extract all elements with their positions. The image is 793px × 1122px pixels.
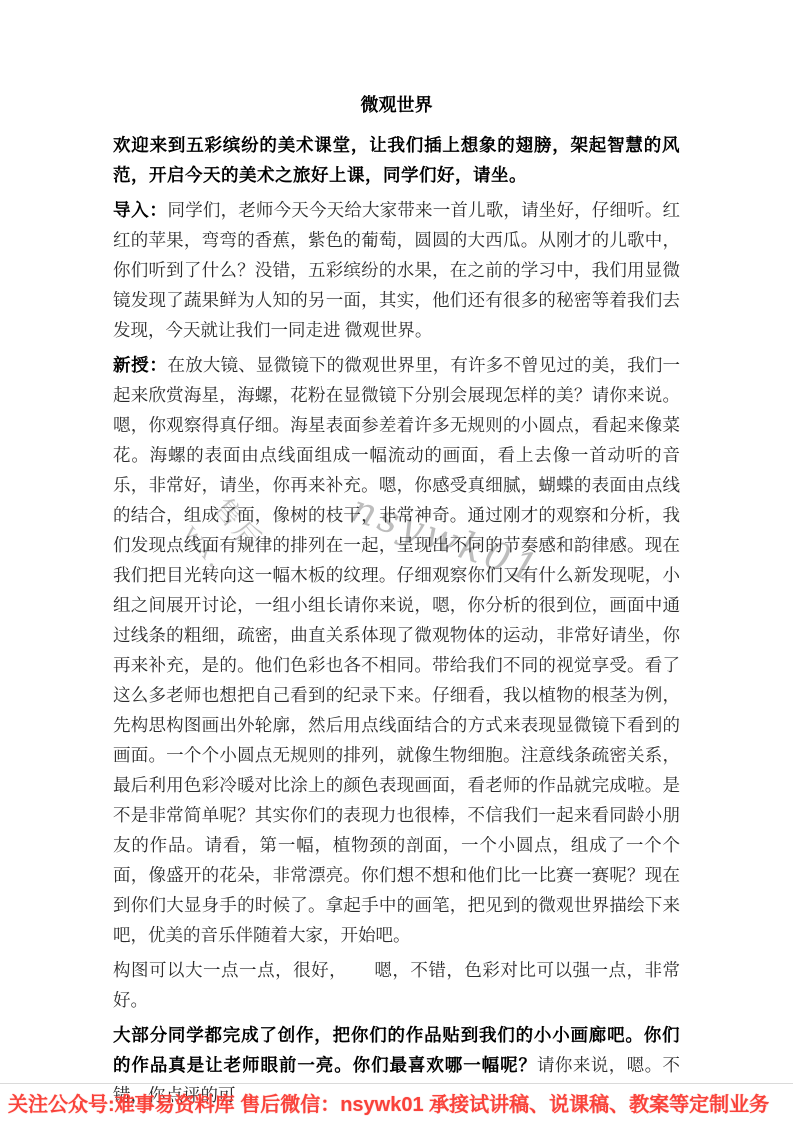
- footer-promo-banner: 关注公众号:难事易资料库 售后微信：nsywk01 承接试讲稿、说课稿、教案等定…: [8, 1088, 789, 1117]
- paragraph-welcome: 欢迎来到五彩缤纷的美术课堂，让我们插上想象的翅膀，架起智慧的风范，开启今天的美术…: [113, 130, 680, 190]
- section-label-xinshou: 新授：: [113, 355, 168, 375]
- paragraph-lead-in: 导入：同学们，老师今天今天给大家带来一首儿歌，请坐好，仔细听。红红的苹果，弯弯的…: [113, 195, 680, 345]
- paragraph-new-lesson: 新授：在放大镜、显微镜下的微观世界里，有许多不曾见过的美，我们一起来欣赏海星，海…: [113, 350, 680, 950]
- text-run: 同学们，老师今天今天给大家带来一首儿歌，请坐好，仔细听。红红的苹果，弯弯的香蕉，…: [113, 200, 680, 340]
- text-run: 构图可以大一点一点，很好， 嗯，不错，色彩对比可以强一点，非常好。: [113, 960, 680, 1010]
- page-title: 微观世界: [113, 92, 680, 118]
- text-run-bold: 欢迎来到五彩缤纷的美术课堂，让我们插上想象的翅膀，架起智慧的风范，开启今天的美术…: [113, 135, 680, 185]
- section-label-daoru: 导入：: [113, 200, 168, 220]
- text-run: 在放大镜、显微镜下的微观世界里，有许多不曾见过的美，我们一起来欣赏海星，海螺，花…: [113, 355, 680, 945]
- paragraph-guidance: 构图可以大一点一点，很好， 嗯，不错，色彩对比可以强一点，非常好。: [113, 955, 680, 1015]
- document-page: 售后wx． nsywk01 微观世界 欢迎来到五彩缤纷的美术课堂，让我们插上想象…: [0, 0, 793, 1122]
- divider-line: [0, 1083, 793, 1084]
- document-body: 微观世界 欢迎来到五彩缤纷的美术课堂，让我们插上想象的翅膀，架起智慧的风范，开启…: [113, 92, 680, 1115]
